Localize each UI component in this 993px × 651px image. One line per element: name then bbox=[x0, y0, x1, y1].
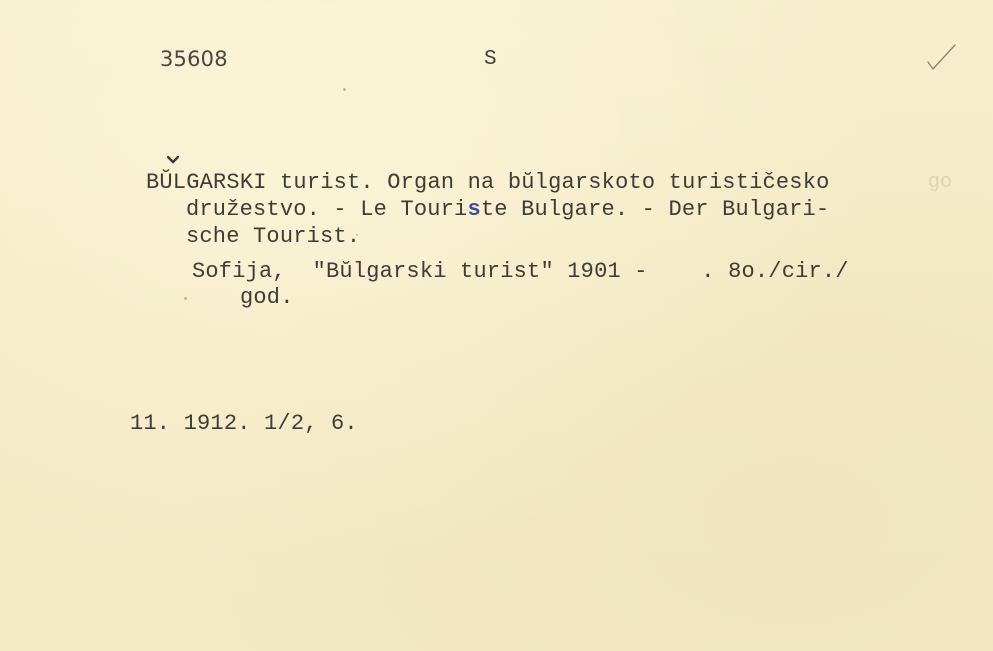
title-line-3: sche Tourist. bbox=[186, 224, 360, 250]
paper-speck bbox=[343, 88, 346, 91]
title-line-2: družestvo. - Le Touriste Bulgare. - Der … bbox=[186, 197, 829, 223]
paper-speck bbox=[184, 297, 187, 300]
shelf-mark: S bbox=[484, 47, 497, 73]
frequency-line: god. bbox=[240, 285, 294, 311]
catalog-card: 35608 S BŬLGARSKI turist. Organ na bŭlga… bbox=[0, 0, 993, 651]
imprint-line: Sofija, "Bŭlgarski turist" 1901 - . 8o./… bbox=[192, 259, 849, 285]
title-line-2-part-b: te Bulgare. - Der Bulgari- bbox=[481, 197, 829, 222]
title-line-2-part-a: družestvo. - Le Touri bbox=[186, 197, 467, 222]
handwritten-correction: s bbox=[467, 197, 480, 222]
checkmark-icon bbox=[925, 42, 957, 74]
hacek-mark bbox=[167, 156, 179, 164]
holdings-line: 11. 1912. 1/2, 6. bbox=[130, 411, 358, 437]
call-number: 35608 bbox=[160, 46, 228, 72]
title-line-1: BŬLGARSKI turist. Organ na bŭlgarskoto t… bbox=[146, 170, 830, 196]
title-faint-continuation: go bbox=[928, 170, 952, 196]
paper-speck bbox=[356, 234, 358, 236]
